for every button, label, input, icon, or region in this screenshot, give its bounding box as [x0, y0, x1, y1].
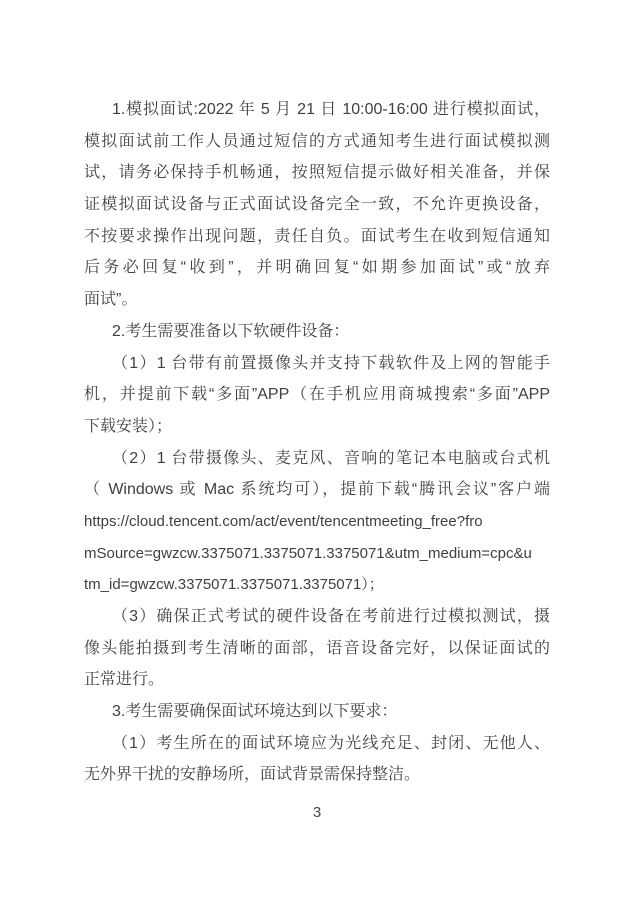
text-line: 1.模拟面试:2022 年 5 月 21 日 10:00-16:00 进行模拟面…	[84, 94, 550, 126]
text-line: （3）确保正式考试的硬件设备在考前进行过模拟测试，摄	[84, 601, 550, 633]
text-line: （2）1 台带摄像头、麦克风、音响的笔记本电脑或台式机	[84, 443, 550, 475]
text-line: 3.考生需要确保面试环境达到以下要求：	[84, 696, 550, 728]
document-body: 1.模拟面试:2022 年 5 月 21 日 10:00-16:00 进行模拟面…	[84, 94, 550, 791]
text-line: https://cloud.tencent.com/act/event/tenc…	[84, 506, 550, 538]
text-line: 后务必回复“收到”，并明确回复“如期参加面试”或“放弃	[84, 252, 550, 284]
text-line: 正常进行。	[84, 664, 550, 696]
text-line: （1）1 台带有前置摄像头并支持下载软件及上网的智能手	[84, 348, 550, 380]
text-line: tm_id=gwzcw.3375071.3375071.3375071）；	[84, 569, 550, 601]
text-line: 像头能拍摄到考生清晰的面部，语音设备完好，以保证面试的	[84, 633, 550, 665]
text-line: 下载安装）；	[84, 411, 550, 443]
text-line: 无外界干扰的安静场所，面试背景需保持整洁。	[84, 759, 550, 791]
text-line: 不按要求操作出现问题，责任自负。面试考生在收到短信通知	[84, 221, 550, 253]
text-line: mSource=gwzcw.3375071.3375071.3375071&ut…	[84, 538, 550, 570]
text-line: 模拟面试前工作人员通过短信的方式通知考生进行面试模拟测	[84, 126, 550, 158]
text-line: 机，并提前下载“多面”APP（在手机应用商城搜索“多面”APP	[84, 379, 550, 411]
text-line: 2.考生需要准备以下软硬件设备：	[84, 316, 550, 348]
text-line: （ Windows 或 Mac 系统均可），提前下载“腾讯会议”客户端	[84, 474, 550, 506]
text-line: 试，请务必保持手机畅通，按照短信提示做好相关准备，并保	[84, 157, 550, 189]
document-page: 1.模拟面试:2022 年 5 月 21 日 10:00-16:00 进行模拟面…	[0, 0, 634, 897]
text-line: （1）考生所在的面试环境应为光线充足、封闭、无他人、	[84, 728, 550, 760]
text-line: 证模拟面试设备与正式面试设备完全一致，不允许更换设备，	[84, 189, 550, 221]
page-number: 3	[0, 804, 634, 822]
text-line: 面试”。	[84, 284, 550, 316]
